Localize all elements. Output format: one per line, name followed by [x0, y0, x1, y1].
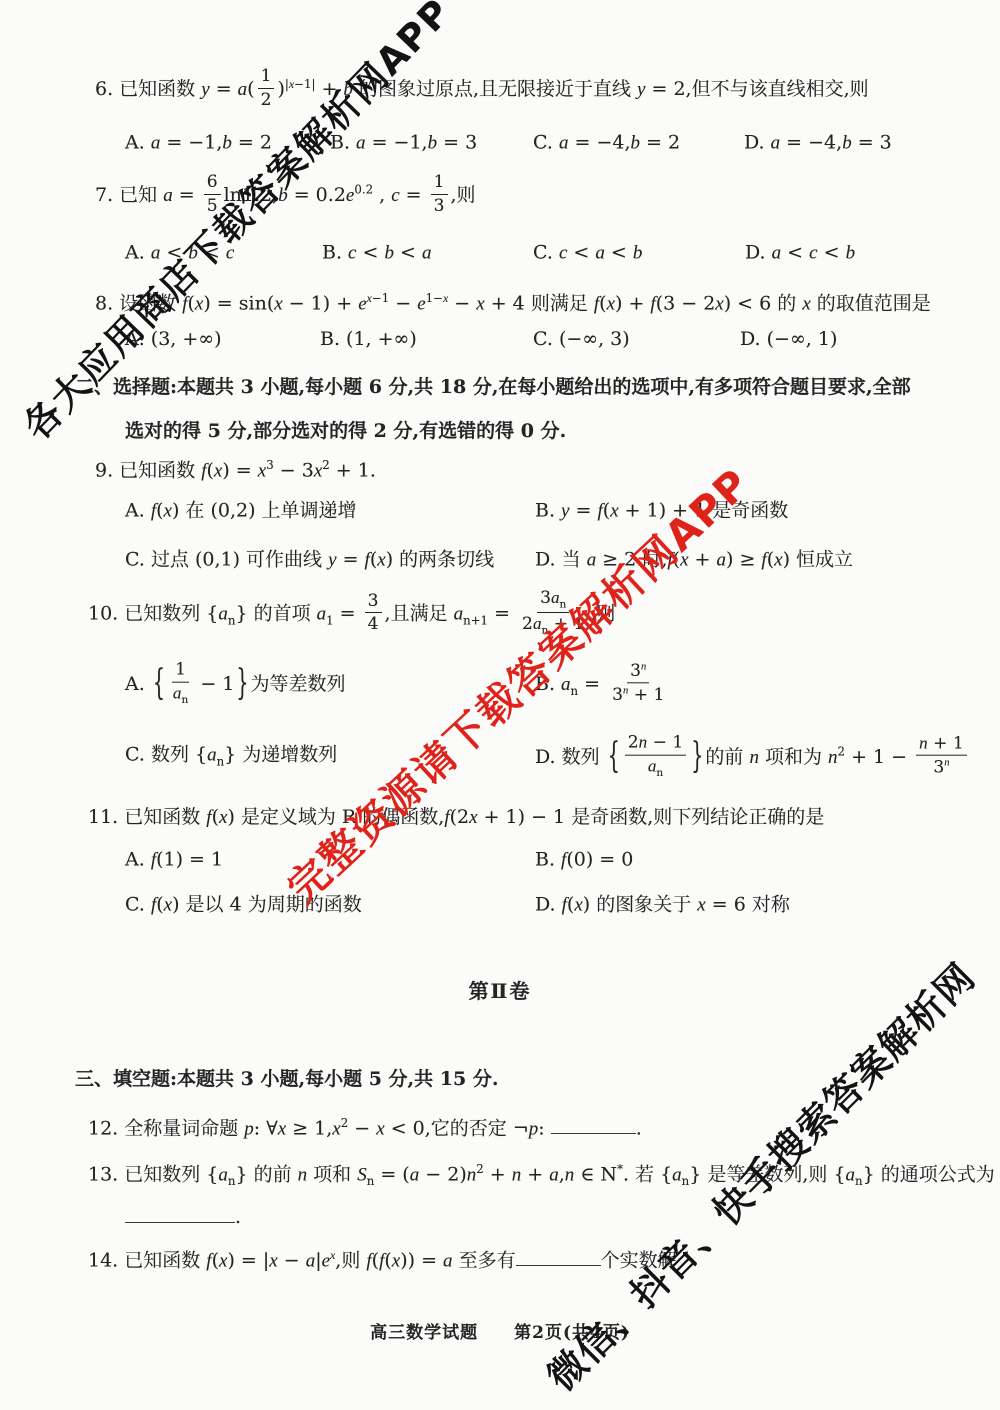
- q13-stem-line2: .: [125, 1202, 241, 1232]
- q11-options-row1-option-A: A. f(1) = 1: [125, 845, 223, 876]
- fraction: n + 13n: [916, 734, 967, 779]
- q8-options-option-C: C. (−∞, 3): [533, 324, 630, 354]
- fraction: 1an: [170, 660, 191, 707]
- q8-options-option-B: B. (1, +∞): [320, 324, 417, 354]
- exam-scan-page: { "page": { "title": "高三数学试题", "page_lab…: [0, 0, 1000, 1410]
- q9-options-row2-option-A: C. 过点 (0,1) 可作曲线 y = f(x) 的两条切线: [125, 545, 494, 576]
- q11-stem: 11. 已知函数 f(x) 是定义域为 R 的偶函数,f(2x + 1) − 1…: [88, 802, 824, 833]
- fraction: 12: [258, 66, 275, 110]
- q6-options-option-C: C. a = −4,b = 2: [533, 128, 680, 159]
- q13-stem-line1: 13. 已知数列 {an} 的前 n 项和 Sn = (a − 2)n2 + n…: [88, 1154, 995, 1196]
- q6-stem: 6. 已知函数 y = a(12)|x−1| + b 的图象过原点,且无限接近于…: [95, 68, 869, 112]
- q7-options-option-D: D. a < c < b: [745, 238, 855, 269]
- section3-header: 三、填空题:本题共 3 小题,每小题 5 分,共 15 分.: [75, 1064, 498, 1094]
- q7-options-option-B: B. c < b < a: [322, 238, 431, 269]
- big-brace: {: [608, 728, 620, 784]
- q7-options-option-C: C. c < a < b: [533, 238, 642, 269]
- answer-blank: [125, 1207, 235, 1223]
- big-brace: }: [236, 655, 248, 711]
- q11-options-row1: A. f(1) = 1B. f(0) = 0: [0, 845, 1000, 875]
- q7-options: A. a < b < cB. c < b < aC. c < a < bD. a…: [0, 238, 1000, 268]
- q9-options-row1-option-A: A. f(x) 在 (0,2) 上单调递增: [125, 496, 357, 527]
- q14-stem: 14. 已知函数 f(x) = |x − a|ex,则 f(f(x)) = a …: [88, 1240, 677, 1276]
- q10-options-row1-option-A: A. {1an − 1}为等差数列: [125, 662, 345, 709]
- q12-stem: 12. 全称量词命题 p: ∀x ≥ 1,x2 − x < 0,它的否定 ¬p:…: [88, 1108, 642, 1144]
- section2-header-line2: 选对的得 5 分,部分选对的得 2 分,有选错的得 0 分.: [125, 416, 566, 446]
- big-brace: }: [691, 728, 703, 784]
- section2-header-line1: 二、选择题:本题共 3 小题,每小题 6 分,共 18 分,在每小题给出的选项中…: [75, 372, 911, 402]
- q10-options-row2-option-A: C. 数列 {an} 为递增数列: [125, 740, 337, 777]
- part2-title: 第Ⅱ卷: [0, 976, 1000, 1006]
- fraction: 2n − 1an: [625, 733, 687, 780]
- q9-stem: 9. 已知函数 f(x) = x3 − 3x2 + 1.: [95, 450, 376, 486]
- q6-options-option-A: A. a = −1,b = 2: [125, 128, 272, 159]
- q11-options-row2: C. f(x) 是以 4 为周期的函数D. f(x) 的图象关于 x = 6 对…: [0, 890, 1000, 920]
- fraction: 34: [365, 591, 382, 635]
- q10-options-row2-option-B: D. 数列 {2n − 1an}的前 n 项和为 n2 + 1 − n + 13…: [535, 735, 970, 782]
- page-footer: 高三数学试题 第2页(共4页): [0, 1318, 1000, 1348]
- q9-options-row2: C. 过点 (0,1) 可作曲线 y = f(x) 的两条切线D. 当 a ≥ …: [0, 545, 1000, 575]
- answer-blank: [551, 1118, 636, 1134]
- q9-options-row1: A. f(x) 在 (0,2) 上单调递增B. y = f(x + 1) + 1…: [0, 496, 1000, 526]
- q6-options-option-D: D. a = −4,b = 3: [744, 128, 892, 159]
- q8-options-option-D: D. (−∞, 1): [740, 324, 837, 354]
- q6-options: A. a = −1,b = 2B. a = −1,b = 3C. a = −4,…: [0, 128, 1000, 158]
- q8-stem: 8. 设函数 f(x) = sin(x − 1) + ex−1 − e1−x −…: [95, 283, 931, 319]
- big-brace: {: [153, 655, 165, 711]
- answer-blank: [516, 1250, 601, 1266]
- q11-options-row1-option-B: B. f(0) = 0: [535, 845, 633, 876]
- q11-options-row2-option-B: D. f(x) 的图象关于 x = 6 对称: [535, 890, 790, 921]
- fraction: 3n3n + 1: [609, 660, 667, 705]
- fraction: 13: [431, 172, 448, 216]
